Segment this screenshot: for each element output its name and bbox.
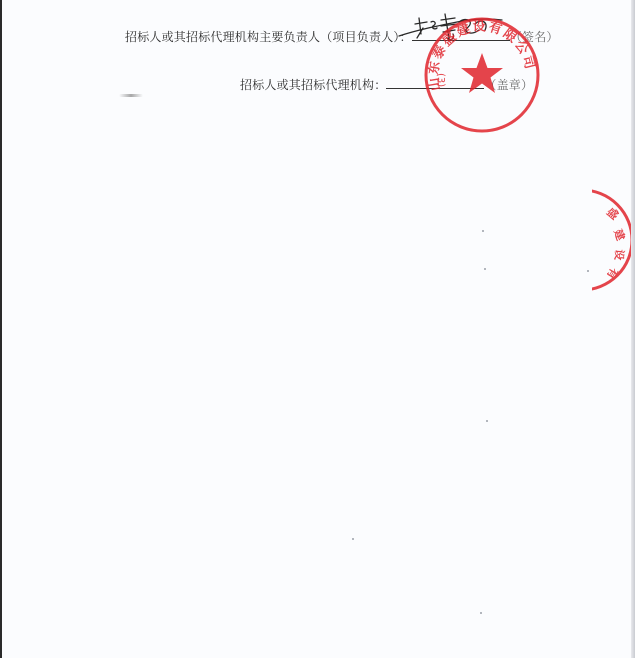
scan-speck <box>482 230 484 232</box>
scan-speck <box>352 538 354 540</box>
scan-speck <box>587 270 589 272</box>
scan-speck <box>486 420 488 422</box>
scan-speck <box>480 612 482 614</box>
svg-text:设: 设 <box>612 249 627 261</box>
scan-smudge <box>119 94 143 97</box>
scan-speck <box>484 268 486 270</box>
document-page: 招标人或其招标代理机构主要负责人（项目负责人）：（签名） 招标人或其招标代理机构… <box>0 0 635 658</box>
seal-label: 招标人或其招标代理机构： <box>240 78 386 92</box>
svg-text:建: 建 <box>611 227 628 242</box>
partial-seal: 盛 建 设 有 <box>592 185 635 295</box>
signature-label: 招标人或其招标代理机构主要负责人（项目负责人）： <box>125 30 412 44</box>
seal-number: (3) <box>435 73 446 87</box>
page-right-edge <box>631 0 635 658</box>
company-seal: 山东泰盛建设有限公司 (3) <box>420 15 544 135</box>
svg-text:有: 有 <box>604 266 622 283</box>
